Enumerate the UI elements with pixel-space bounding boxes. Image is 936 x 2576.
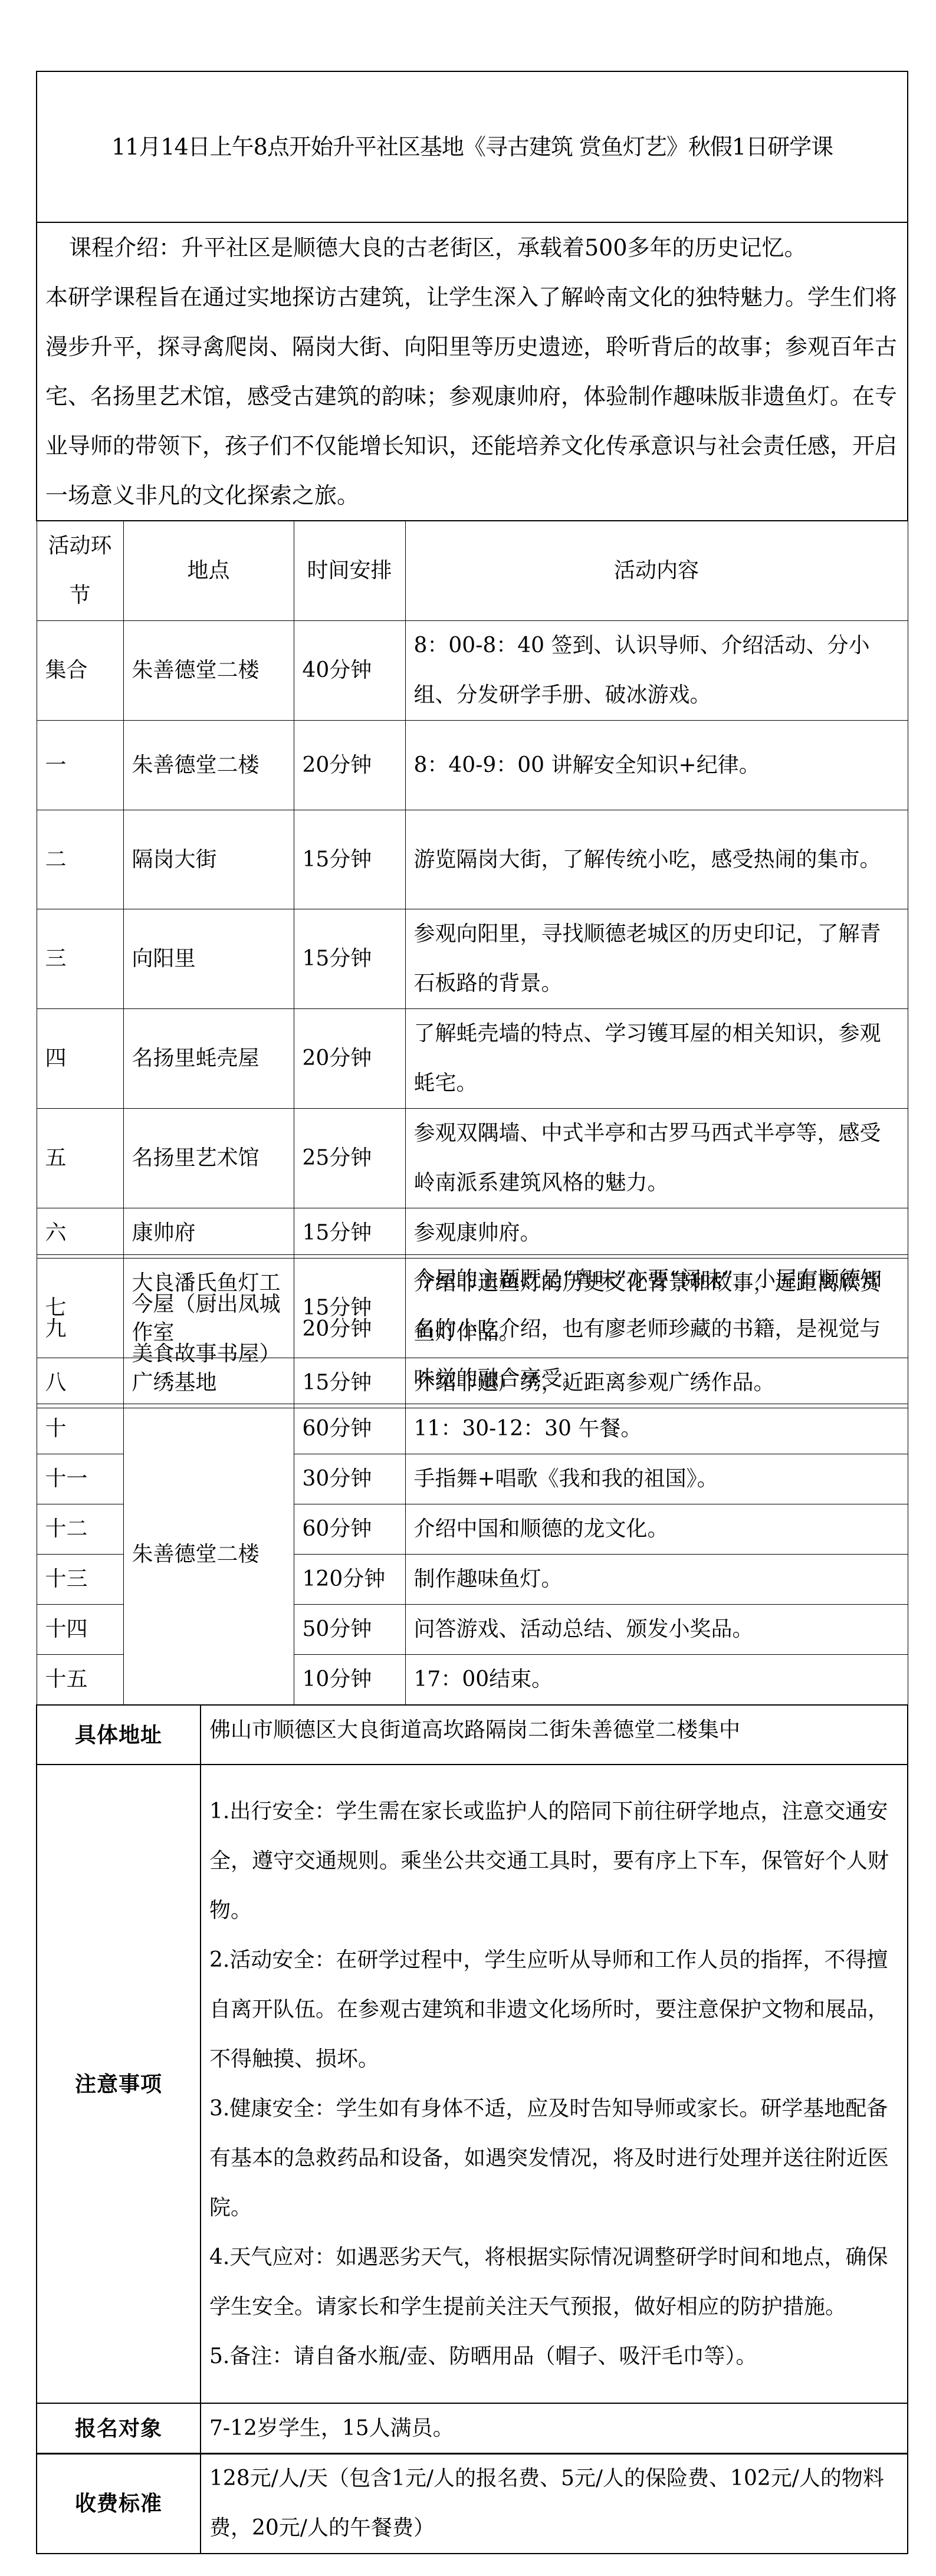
merged-location-cell: 朱善德堂二楼 <box>123 1404 294 1706</box>
stage-cell: 十三 <box>37 1555 123 1605</box>
header-location: 地点 <box>123 521 294 621</box>
fees-table: 收费标准 128元/人/天（包含1元/人的报名费、5元/人的保险费、102元/人… <box>36 2453 907 2554</box>
stage-cell: 十 <box>37 1404 123 1454</box>
table-row: 十 朱善德堂二楼 60分钟 11：30-12：30 午餐。 <box>37 1404 908 1454</box>
location-cell: 朱善德堂二楼 <box>123 621 294 721</box>
table-row: 一 朱善德堂二楼 20分钟 8：40-9：00 讲解安全知识+纪律。 <box>37 721 908 810</box>
location-cell: 康帅府 <box>123 1208 294 1259</box>
duration-cell: 20分钟 <box>294 1255 405 1404</box>
duration-cell: 30分钟 <box>294 1454 405 1504</box>
stage-cell: 五 <box>37 1109 123 1208</box>
duration-cell: 15分钟 <box>294 810 405 909</box>
intro-body: 本研学课程旨在通过实地探访古建筑，让学生深入了解岭南文化的独特魅力。学生们将漫步… <box>45 272 899 520</box>
stage-cell: 集合 <box>37 621 123 721</box>
duration-cell: 10分钟 <box>294 1655 405 1706</box>
stage-cell: 十一 <box>37 1454 123 1504</box>
stage-cell: 十二 <box>37 1504 123 1555</box>
fees-label: 收费标准 <box>37 2453 201 2554</box>
duration-cell: 25分钟 <box>294 1109 405 1208</box>
stage-cell: 四 <box>37 1009 123 1109</box>
stage-cell: 十五 <box>37 1655 123 1706</box>
table-row: 六 康帅府 15分钟 参观康帅府。 <box>37 1208 908 1259</box>
address-row: 具体地址 佛山市顺德区大良街道高坎路隔岗二街朱善德堂二楼集中 <box>37 1705 908 1765</box>
duration-cell: 60分钟 <box>294 1504 405 1555</box>
stage-cell: 六 <box>37 1208 123 1259</box>
notes-label: 注意事项 <box>37 1765 201 2403</box>
stage-cell: 一 <box>37 721 123 810</box>
duration-cell: 15分钟 <box>294 1208 405 1259</box>
content-cell: 参观康帅府。 <box>405 1208 908 1259</box>
content-cell: 介绍中国和顺德的龙文化。 <box>405 1504 908 1555</box>
address-label: 具体地址 <box>37 1705 201 1765</box>
duration-cell: 40分钟 <box>294 621 405 721</box>
course-intro: 课程介绍：升平社区是顺德大良的古老街区，承载着500多年的历史记忆。 本研学课程… <box>37 222 908 521</box>
location-cell: 隔岗大街 <box>123 810 294 909</box>
note-item-remarks: 5.备注：请自备水瓶/壶、防晒用品（帽子、吸汗毛巾等）。 <box>209 2332 899 2381</box>
header-content: 活动内容 <box>405 521 908 621</box>
content-cell: 今屋的主题既是“粤味”亦要“阅味”，小屋有顺德知名的小吃介绍，也有廖老师珍藏的书… <box>405 1255 908 1404</box>
duration-cell: 20分钟 <box>294 721 405 810</box>
duration-cell: 50分钟 <box>294 1605 405 1655</box>
duration-cell: 20分钟 <box>294 1009 405 1109</box>
notes-row: 注意事项 1.出行安全：学生需在家长或监护人的陪同下前往研学地点，注意交通安全，… <box>37 1765 908 2403</box>
location-cell: 名扬里艺术馆 <box>123 1109 294 1208</box>
page-title: 11月14日上午8点开始升平社区基地《寻古建筑 赏鱼灯艺》秋假1日研学课 <box>37 71 908 222</box>
table-row: 三 向阳里 15分钟 参观向阳里，寻找顺德老城区的历史印记，了解青石板路的背景。 <box>37 909 908 1009</box>
audience-row: 报名对象 7-12岁学生，15人满员。 <box>37 2403 908 2454</box>
duration-cell: 60分钟 <box>294 1404 405 1454</box>
table-row: 集合 朱善德堂二楼 40分钟 8：00-8：40 签到、认识导师、介绍活动、分小… <box>37 621 908 721</box>
table-row: 二 隔岗大街 15分钟 游览隔岗大街，了解传统小吃，感受热闹的集市。 <box>37 810 908 909</box>
table-row: 九 今屋（厨出凤城美食故事书屋） 20分钟 今屋的主题既是“粤味”亦要“阅味”，… <box>37 1255 908 1404</box>
fees-row: 收费标准 128元/人/天（包含1元/人的报名费、5元/人的保险费、102元/人… <box>37 2453 908 2554</box>
note-item-activity-safety: 2.活动安全：在研学过程中，学生应听从导师和工作人员的指挥，不得擅自离开队伍。在… <box>209 1936 899 2084</box>
stage-cell: 三 <box>37 909 123 1009</box>
address-value: 佛山市顺德区大良街道高坎路隔岗二街朱善德堂二楼集中 <box>201 1705 908 1765</box>
note-item-weather: 4.天气应对：如遇恶劣天气，将根据实际情况调整研学时间和地点，确保学生安全。请家… <box>209 2233 899 2332</box>
duration-cell: 120分钟 <box>294 1555 405 1605</box>
content-cell: 了解蚝壳墙的特点、学习镬耳屋的相关知识，参观蚝宅。 <box>405 1009 908 1109</box>
location-cell: 名扬里蚝壳屋 <box>123 1009 294 1109</box>
content-cell: 17：00结束。 <box>405 1655 908 1706</box>
audience-value: 7-12岁学生，15人满员。 <box>201 2403 908 2454</box>
content-cell: 参观向阳里，寻找顺德老城区的历史印记，了解青石板路的背景。 <box>405 909 908 1009</box>
content-cell: 参观双隅墙、中式半亭和古罗马西式半亭等，感受岭南派系建筑风格的魅力。 <box>405 1109 908 1208</box>
stage-cell: 九 <box>37 1255 123 1404</box>
content-cell: 8：40-9：00 讲解安全知识+纪律。 <box>405 721 908 810</box>
schedule-table-part2: 九 今屋（厨出凤城美食故事书屋） 20分钟 今屋的主题既是“粤味”亦要“阅味”，… <box>36 1254 907 2455</box>
stage-cell: 二 <box>37 810 123 909</box>
content-cell: 问答游戏、活动总结、颁发小奖品。 <box>405 1605 908 1655</box>
header-stage: 活动环节 <box>37 521 123 621</box>
location-cell: 今屋（厨出凤城美食故事书屋） <box>123 1255 294 1404</box>
header-duration: 时间安排 <box>294 521 405 621</box>
content-cell: 11：30-12：30 午餐。 <box>405 1404 908 1454</box>
table-row: 五 名扬里艺术馆 25分钟 参观双隅墙、中式半亭和古罗马西式半亭等，感受岭南派系… <box>37 1109 908 1208</box>
fees-value: 128元/人/天（包含1元/人的报名费、5元/人的保险费、102元/人的物料费，… <box>201 2453 908 2554</box>
content-cell: 制作趣味鱼灯。 <box>405 1555 908 1605</box>
intro-lead: 课程介绍：升平社区是顺德大良的古老街区，承载着500多年的历史记忆。 <box>45 223 899 272</box>
duration-cell: 15分钟 <box>294 909 405 1009</box>
notes-content: 1.出行安全：学生需在家长或监护人的陪同下前往研学地点，注意交通安全，遵守交通规… <box>201 1765 908 2403</box>
location-cell: 向阳里 <box>123 909 294 1009</box>
stage-cell: 十四 <box>37 1605 123 1655</box>
audience-label: 报名对象 <box>37 2403 201 2454</box>
note-item-travel-safety: 1.出行安全：学生需在家长或监护人的陪同下前往研学地点，注意交通安全，遵守交通规… <box>209 1787 899 1936</box>
content-cell: 8：00-8：40 签到、认识导师、介绍活动、分小组、分发研学手册、破冰游戏。 <box>405 621 908 721</box>
table-header-row: 活动环节 地点 时间安排 活动内容 <box>37 521 908 621</box>
table-row: 四 名扬里蚝壳屋 20分钟 了解蚝壳墙的特点、学习镬耳屋的相关知识，参观蚝宅。 <box>37 1009 908 1109</box>
content-cell: 手指舞+唱歌《我和我的祖国》。 <box>405 1454 908 1504</box>
content-cell: 游览隔岗大街，了解传统小吃，感受热闹的集市。 <box>405 810 908 909</box>
location-cell: 朱善德堂二楼 <box>123 721 294 810</box>
note-item-health-safety: 3.健康安全：学生如有身体不适，应及时告知导师或家长。研学基地配备有基本的急救药… <box>209 2084 899 2233</box>
schedule-table-part1: 11月14日上午8点开始升平社区基地《寻古建筑 赏鱼灯艺》秋假1日研学课 课程介… <box>36 71 907 1408</box>
